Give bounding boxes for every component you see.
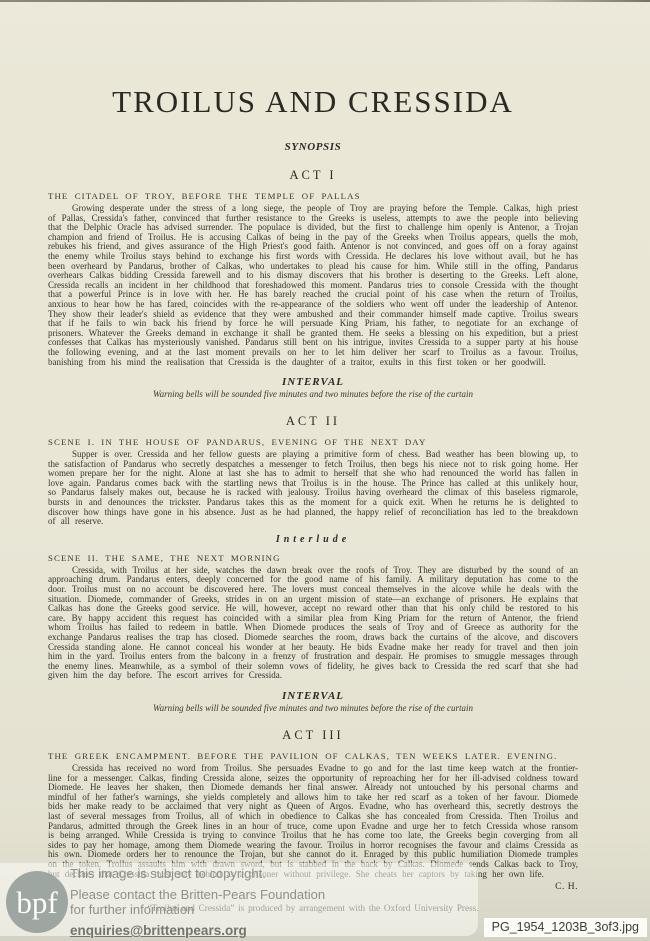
section-scene: THE GREEK ENCAMPMENT. BEFORE THE PAVILIO… <box>48 751 578 761</box>
contact-email-link[interactable]: enquiries@brittenpears.org <box>70 923 247 938</box>
section-scene: SCENE II. THE SAME, THE NEXT MORNING <box>48 553 578 563</box>
page-title: TROILUS AND CRESSIDA <box>48 84 578 120</box>
section-interval: INTERVALWarning bells will be sounded fi… <box>48 690 578 713</box>
section-scene: THE CITADEL OF TROY, BEFORE THE TEMPLE O… <box>48 191 578 201</box>
programme-page: TROILUS AND CRESSIDA SYNOPSIS ACT ITHE C… <box>48 0 578 913</box>
image-filename-badge: PG_1954_1203B_3of3.jpg <box>484 918 647 937</box>
synopsis-sections: ACT ITHE CITADEL OF TROY, BEFORE THE TEM… <box>48 168 578 879</box>
section-scene: SCENE I. IN THE HOUSE OF PANDARUS, EVENI… <box>48 437 578 447</box>
contact-note-line2: for further information <box>70 902 400 917</box>
interval-heading: INTERVAL <box>48 376 578 388</box>
copyright-notice: This image is subject to copyright. <box>70 866 400 881</box>
section-interval: INTERVALWarning bells will be sounded fi… <box>48 376 578 399</box>
section-interlude: Interlude <box>48 534 578 545</box>
section-para: Supper is over. Cressida and her fellow … <box>48 450 578 527</box>
bpf-logo-text: bpf <box>16 887 57 918</box>
section-act: ACT III <box>48 728 578 743</box>
interval-warning-note: Warning bells will be sounded five minut… <box>48 389 578 399</box>
interval-warning-note: Warning bells will be sounded five minut… <box>48 703 578 713</box>
synopsis-heading: SYNOPSIS <box>48 141 578 153</box>
section-act: ACT II <box>48 414 578 429</box>
section-para: Cressida has received no word from Troil… <box>48 764 578 879</box>
bpf-logo: bpf <box>6 871 68 933</box>
contact-note: Please contact the Britten-Pears Foundat… <box>70 887 400 917</box>
section-para: Growing desperate under the stress of a … <box>48 204 578 367</box>
interval-heading: INTERVAL <box>48 690 578 702</box>
section-act: ACT I <box>48 168 578 183</box>
watermark-text-block: This image is subject to copyright. Plea… <box>70 866 400 940</box>
contact-note-line1: Please contact the Britten-Pears Foundat… <box>70 887 400 902</box>
section-para: Cressida, with Troilus at her side, watc… <box>48 566 578 681</box>
